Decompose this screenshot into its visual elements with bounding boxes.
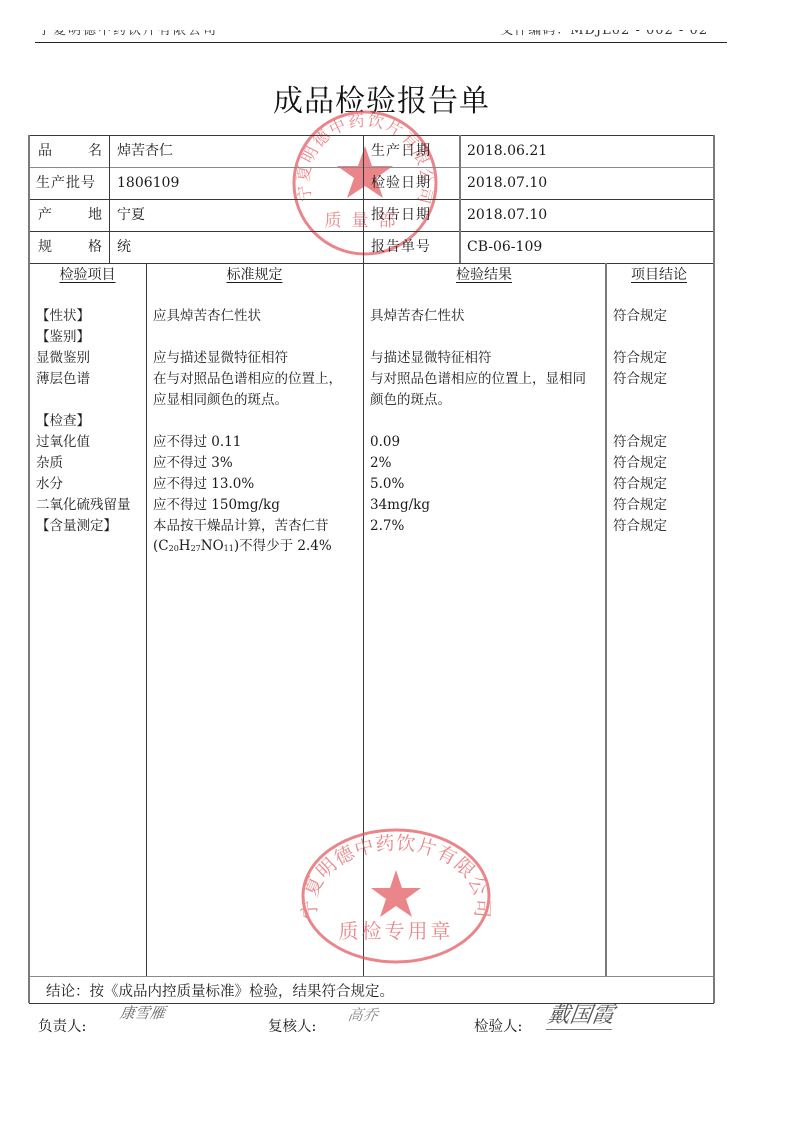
row-result: 0.09 — [370, 432, 400, 453]
row-standard: 在与对照品色谱相应的位置上， — [153, 369, 342, 390]
spec-label: 规格 — [38, 231, 102, 263]
column-header-item: 检验项目 — [29, 266, 146, 284]
company-header: 宁夏明德中药饮片有限公司 — [38, 24, 218, 38]
overall-conclusion: 结论：按《成品内控质量标准》检验，结果符合规定。 — [46, 982, 394, 1002]
origin-value: 宁夏 — [117, 199, 145, 231]
report-no-label: 报告单号 — [371, 231, 431, 263]
item-standard-divider — [146, 263, 147, 976]
row-conclusion: 符合规定 — [613, 453, 667, 474]
report-date-value: 2018.07.10 — [467, 199, 547, 231]
row-conclusion: 符合规定 — [613, 474, 667, 495]
column-header-conclusion: 项目结论 — [605, 266, 713, 284]
responsible-signature: 康雪雁 — [119, 1002, 167, 1023]
row-conclusion: 符合规定 — [613, 495, 667, 516]
product-name-value: 焯苦杏仁 — [117, 135, 173, 167]
row-conclusion: 符合规定 — [613, 369, 667, 390]
row-item: 【含量测定】 — [36, 516, 117, 537]
inspection-date-label: 检验日期 — [371, 167, 431, 199]
row-item: 【鉴别】 — [36, 327, 90, 348]
row-result: 2% — [370, 453, 391, 474]
center-divider — [363, 135, 364, 976]
document-code: 文件编码：MDJL02 - 002 - 02 — [500, 24, 708, 38]
row-result: 颜色的斑点。 — [370, 390, 451, 411]
row-standard: 应与描述显微特征相符 — [153, 348, 288, 369]
row-item: 水分 — [36, 474, 63, 495]
row-standard: 应不得过 13.0% — [153, 474, 254, 495]
row-item: 显微鉴别 — [36, 348, 90, 369]
row-divider — [29, 263, 714, 264]
row-result: 与描述显微特征相符 — [370, 348, 492, 369]
info-value-divider — [459, 135, 461, 263]
row-standard: 应具焯苦杏仁性状 — [153, 306, 261, 327]
inspection-date-value: 2018.07.10 — [467, 167, 547, 199]
responsible-label: 负责人: — [38, 1017, 86, 1037]
spec-value: 统 — [117, 231, 131, 263]
row-item: 二氧化硫残留量 — [36, 495, 131, 516]
row-standard: 应显相同颜色的斑点。 — [153, 390, 288, 411]
row-result: 具焯苦杏仁性状 — [370, 306, 465, 327]
row-conclusion: 符合规定 — [613, 306, 667, 327]
reviewer-signature: 高乔 — [347, 1004, 380, 1025]
row-conclusion: 符合规定 — [613, 348, 667, 369]
production-date-label: 生产日期 — [371, 135, 431, 167]
row-conclusion: 符合规定 — [613, 432, 667, 453]
row-conclusion: 符合规定 — [613, 516, 667, 537]
row-item: 过氧化值 — [36, 432, 90, 453]
row-result: 2.7% — [370, 516, 404, 537]
svg-text:质检专用章: 质检专用章 — [339, 919, 454, 943]
batch-no-label: 生产批号 — [36, 167, 96, 199]
report-no-value: CB-06-109 — [467, 231, 542, 263]
column-header-standard: 标准规定 — [146, 266, 363, 284]
row-standard: 应不得过 3% — [153, 453, 233, 474]
info-label-divider — [109, 135, 110, 263]
production-date-value: 2018.06.21 — [467, 135, 547, 167]
reviewer-label: 复核人: — [268, 1017, 316, 1037]
conclusion-divider — [29, 976, 714, 977]
row-standard: 本品按干燥品计算，苦杏仁苷 — [153, 516, 329, 537]
row-item: 杂质 — [36, 453, 63, 474]
row-result: 5.0% — [370, 474, 404, 495]
row-result: 与对照品色谱相应的位置上，显相同 — [370, 369, 586, 390]
result-conclusion-divider — [605, 263, 607, 976]
quality-inspection-stamp: 宁夏明德中药饮片有限公司 质检专用章 — [300, 826, 492, 966]
report-date-label: 报告日期 — [371, 199, 431, 231]
product-name-label: 品名 — [38, 135, 102, 167]
table-border-right — [713, 135, 715, 1003]
page-title: 成品检验报告单 — [0, 84, 763, 120]
batch-no-value: 1806109 — [117, 167, 179, 199]
row-result: 34mg/kg — [370, 495, 430, 516]
inspector-label: 检验人: — [474, 1017, 522, 1037]
header-rule — [35, 42, 727, 43]
svg-text:宁夏明德中药饮片有限公司: 宁夏明德中药饮片有限公司 — [300, 832, 492, 919]
origin-label: 产地 — [38, 199, 102, 231]
assay-formula-line: (C20H27NO11)不得少于 2.4% — [153, 536, 332, 559]
row-item: 【性状】 — [36, 306, 90, 327]
row-standard: 应不得过 0.11 — [153, 432, 241, 453]
row-item: 薄层色谱 — [36, 369, 90, 390]
column-header-result: 检验结果 — [363, 266, 605, 284]
row-standard: 应不得过 150mg/kg — [153, 495, 280, 516]
inspector-signature: 戴国霞 — [546, 998, 617, 1030]
row-item: 【检查】 — [36, 411, 90, 432]
